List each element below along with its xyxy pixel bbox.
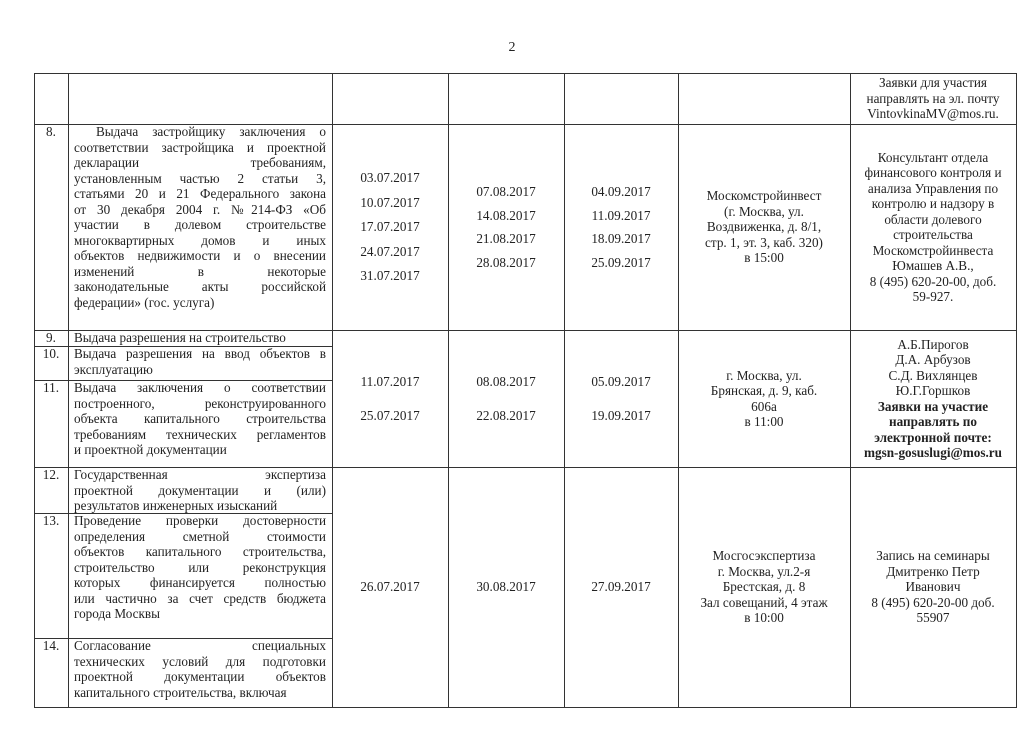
description-line: соответствии застройщика и проектной: [74, 140, 326, 156]
contact-line: Москомстройинвеста: [873, 243, 994, 259]
contact-line: Ю.Г.Горшков: [896, 383, 971, 399]
contact-line: Дмитренко Петр: [886, 564, 979, 580]
date: 03.07.2017: [360, 170, 419, 186]
description-line: участии в долевом строительстве: [74, 217, 326, 233]
september-dates: 04.09.201711.09.201718.09.201725.09.2017: [564, 124, 678, 330]
description-line: или частично за счет средств бюджета: [74, 591, 326, 607]
description-line: строительство или реконструкция: [74, 560, 326, 576]
contact-bold-line: Заявки на участие: [878, 399, 988, 415]
date: 08.08.2017: [476, 374, 535, 390]
date: 18.09.2017: [591, 231, 650, 247]
description-line: проектной документации и (или): [74, 483, 326, 499]
contact-line: Запись на семинары: [876, 548, 989, 564]
item-description: Проведение проверки достоверностиопредел…: [68, 513, 332, 638]
date: 07.08.2017: [476, 184, 535, 200]
contact-line: 8 (495) 620-20-00 доб.: [871, 595, 994, 611]
venue-line: (г. Москва, ул.: [724, 204, 804, 220]
venue-cell: г. Москва, ул.Брянская, д. 9, каб.606ав …: [678, 330, 850, 467]
venue-cell: Мосгосэкспертизаг. Москва, ул.2-яБрестск…: [678, 467, 850, 707]
date: 04.09.2017: [591, 184, 650, 200]
date: 10.07.2017: [360, 195, 419, 211]
description-line: статьями 20 и 21 Федерального закона: [74, 186, 326, 202]
description-line: эксплуатацию: [74, 362, 326, 378]
venue-line: г. Москва, ул.: [726, 368, 802, 384]
date: 25.07.2017: [360, 408, 419, 424]
venue-line: в 15:00: [744, 250, 784, 266]
contact-line: 8 (495) 620-20-00, доб.: [870, 274, 997, 290]
description-line: технических условий для подготовки: [74, 654, 326, 670]
header-contact-line: направлять на эл. почту: [867, 91, 1000, 107]
date: 17.07.2017: [360, 219, 419, 235]
contact-bold-line: mgsn-gosuslugi@mos.ru: [864, 445, 1002, 461]
item-description: Выдача заключения о соответствиипостроен…: [68, 380, 332, 467]
july-dates: 11.07.201725.07.2017: [332, 330, 448, 467]
table-rule: [34, 707, 333, 708]
contact-bold-line: направлять по: [889, 414, 977, 430]
august-dates: 07.08.201714.08.201721.08.201728.08.2017: [448, 124, 564, 330]
july-dates: 26.07.2017: [332, 467, 448, 707]
venue-line: Брестская, д. 8: [723, 579, 806, 595]
venue-line: Воздвиженка, д. 8/1,: [707, 219, 821, 235]
venue-line: 606а: [751, 399, 777, 415]
description-line: капитального строительства, включая: [74, 685, 326, 701]
venue-line: в 11:00: [744, 414, 783, 430]
description-line: федерации» (гос. услуга): [74, 295, 326, 311]
item-number: 12.: [34, 467, 68, 513]
description-line: Выдача разрешения на ввод объектов в: [74, 346, 326, 362]
item-number: 9.: [34, 330, 68, 346]
description-line: Выдача разрешения на строительство: [74, 330, 326, 346]
contact-line: финансового контроля и: [864, 165, 1001, 181]
description-line: законодательные акты российской: [74, 279, 326, 295]
description-line: построенного, реконструированного: [74, 396, 326, 412]
contact-line: Иванович: [906, 579, 961, 595]
item-number: 8.: [34, 124, 68, 330]
description-line: объектов капитального строительства,: [74, 544, 326, 560]
header-contact-line: Заявки для участия: [879, 75, 987, 91]
description-line: многоквартирных домов и иных: [74, 233, 326, 249]
item-description: Выдача застройщику заключения осоответст…: [68, 124, 332, 330]
september-dates: 27.09.2017: [564, 467, 678, 707]
description-line: от 30 декабря 2004 г. №214-ФЗ «Об: [74, 202, 326, 218]
table-rule: [1016, 73, 1017, 708]
description-line: требованиям технических регламентов: [74, 427, 326, 443]
venue-line: Брянская, д. 9, каб.: [711, 383, 817, 399]
item-number: 10.: [34, 346, 68, 380]
date: 24.07.2017: [360, 244, 419, 260]
date: 22.08.2017: [476, 408, 535, 424]
description-line: Проведение проверки достоверности: [74, 513, 326, 529]
date: 14.08.2017: [476, 208, 535, 224]
description-line: Выдача застройщику заключения о: [74, 124, 326, 140]
venue-line: г. Москва, ул.2-я: [718, 564, 811, 580]
contact-line: Консультант отдела: [878, 150, 988, 166]
description-line: Согласование специальных: [74, 638, 326, 654]
description-line: декларации требованиям,: [74, 155, 326, 171]
venue-line: Москомстройинвест: [707, 188, 822, 204]
venue-line: в 10:00: [744, 610, 784, 626]
table-rule: [332, 707, 1017, 708]
description-line: и проектной документации: [74, 442, 326, 458]
contact-line: контролю и надзору в: [872, 196, 994, 212]
date: 11.07.2017: [361, 374, 420, 390]
contact-line: Юмашев А.В.,: [892, 258, 973, 274]
description-line: проектной документации объектов: [74, 669, 326, 685]
august-dates: 30.08.2017: [448, 467, 564, 707]
description-line: определения сметной стоимости: [74, 529, 326, 545]
date: 11.09.2017: [592, 208, 651, 224]
contact-line: 55907: [917, 610, 950, 626]
description-line: города Москвы: [74, 606, 326, 622]
date: 19.09.2017: [591, 408, 650, 424]
description-line: Выдача заключения о соответствии: [74, 380, 326, 396]
item-description: Выдача разрешения на ввод объектов вэксп…: [68, 346, 332, 380]
venue-line: Мосгосэкспертиза: [713, 548, 816, 564]
july-dates: 03.07.201710.07.201717.07.201724.07.2017…: [332, 124, 448, 330]
description-line: объекта капитального строительства: [74, 411, 326, 427]
header-contact-line: VintovkinaMV@mos.ru.: [867, 106, 999, 122]
contact-line: С.Д. Вихлянцев: [889, 368, 978, 384]
description-line: установленным частью 2 статьи 3,: [74, 171, 326, 187]
contact-cell: Консультант отделафинансового контроля и…: [850, 124, 1016, 330]
date: 25.09.2017: [591, 255, 650, 271]
contact-line: области долевого: [884, 212, 981, 228]
date: 28.08.2017: [476, 255, 535, 271]
description-line: Государственная экспертиза: [74, 467, 326, 483]
contact-cell: Запись на семинарыДмитренко ПетрИванович…: [850, 467, 1016, 707]
date: 26.07.2017: [360, 579, 419, 595]
item-description: Согласование специальныхтехнических усло…: [68, 638, 332, 707]
description-line: объектов недвижимости и о внесении: [74, 248, 326, 264]
contact-line: Д.А. Арбузов: [895, 352, 970, 368]
venue-cell: Москомстройинвест(г. Москва, ул.Воздвиже…: [678, 124, 850, 330]
date: 31.07.2017: [360, 268, 419, 284]
september-dates: 05.09.201719.09.2017: [564, 330, 678, 467]
item-number: 13.: [34, 513, 68, 638]
description-line: изменений в некоторые: [74, 264, 326, 280]
venue-line: Зал совещаний, 4 этаж: [700, 595, 827, 611]
header-contact-cell: Заявки для участиянаправлять на эл. почт…: [850, 73, 1016, 124]
contact-line: 59-927.: [913, 289, 954, 305]
contact-cell: А.Б.ПироговД.А. АрбузовС.Д. ВихлянцевЮ.Г…: [850, 330, 1016, 467]
date: 30.08.2017: [476, 579, 535, 595]
venue-line: стр. 1, эт. 3, каб. 320): [705, 235, 823, 251]
august-dates: 08.08.201722.08.2017: [448, 330, 564, 467]
item-number: 14.: [34, 638, 68, 707]
item-description: Выдача разрешения на строительство: [68, 330, 332, 346]
item-number: 11.: [34, 380, 68, 467]
description-line: результатов инженерных изысканий: [74, 498, 326, 514]
date: 21.08.2017: [476, 231, 535, 247]
contact-line: анализа Управления по: [868, 181, 998, 197]
item-description: Государственная экспертизапроектной доку…: [68, 467, 332, 513]
date: 05.09.2017: [591, 374, 650, 390]
page-number: 2: [0, 40, 1024, 56]
contact-line: А.Б.Пирогов: [897, 337, 968, 353]
description-line: которых финансируется полностью: [74, 575, 326, 591]
date: 27.09.2017: [591, 579, 650, 595]
contact-bold-line: электронной почте:: [874, 430, 992, 446]
contact-line: строительства: [893, 227, 973, 243]
